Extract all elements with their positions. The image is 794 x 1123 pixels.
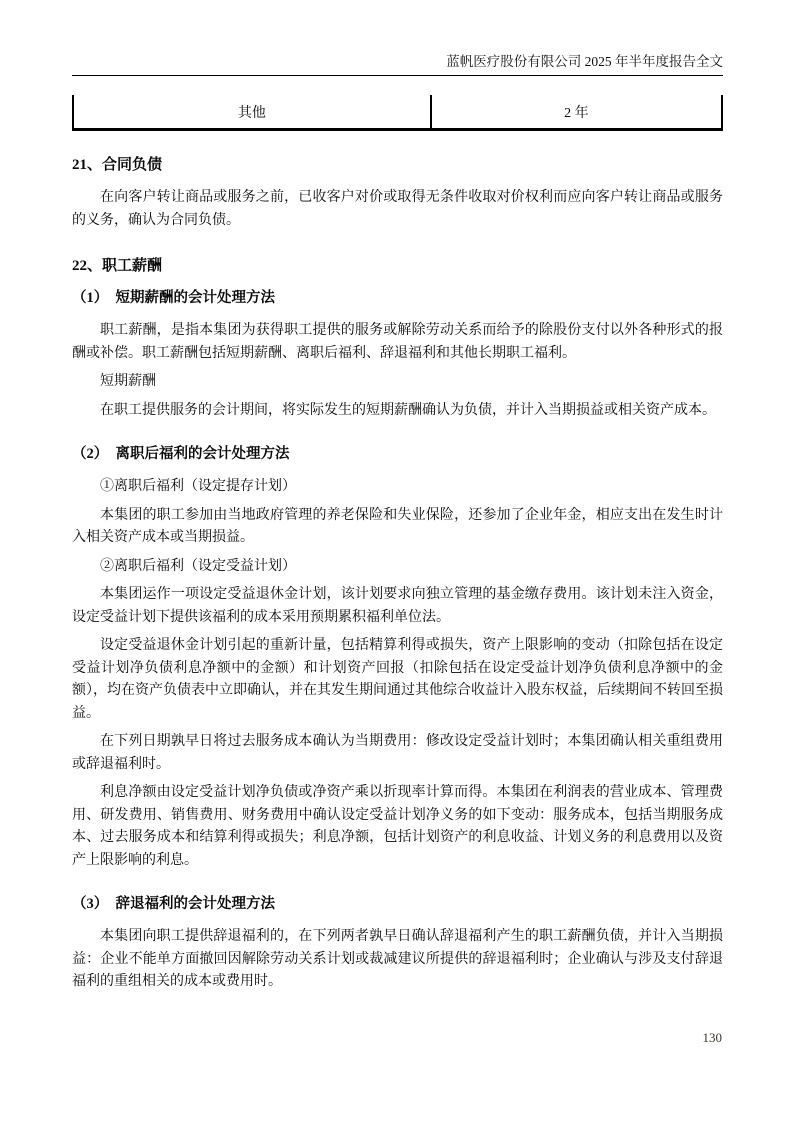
table-cell: 2 年 xyxy=(431,95,722,130)
paragraph: 设定受益退休金计划引起的重新计量，包括精算利得或损失，资产上限影响的变动（扣除包… xyxy=(72,635,723,725)
table-row: 其他2 年 xyxy=(73,95,722,130)
paragraph: 本集团运作一项设定受益退休金计划，该计划要求向独立管理的基金缴存费用。该计划未注… xyxy=(72,584,723,629)
section-heading: （2） 离职后福利的会计处理方法 xyxy=(72,444,723,464)
paragraph: 在职工提供服务的会计期间，将实际发生的短期薪酬确认为负债，并计入当期损益或相关资… xyxy=(72,400,723,423)
section-heading: 21、合同负债 xyxy=(72,155,723,175)
document-body: 21、合同负债在向客户转让商品或服务之前，已收客户对价或取得无条件收取对价权利而… xyxy=(0,131,794,994)
section-heading: （1） 短期薪酬的会计处理方法 xyxy=(72,288,723,308)
report-page: 蓝帆医疗股份有限公司 2025 年半年度报告全文 其他2 年 21、合同负债在向… xyxy=(0,0,794,1123)
page-number: 130 xyxy=(703,1029,723,1046)
page-header: 蓝帆医疗股份有限公司 2025 年半年度报告全文 xyxy=(0,0,794,70)
section-heading: 22、职工薪酬 xyxy=(72,256,723,276)
paragraph: 在向客户转让商品或服务之前，已收客户对价或取得无条件收取对价权利而应向客户转让商… xyxy=(72,187,723,232)
section-heading: （3） 辞退福利的会计处理方法 xyxy=(72,894,723,914)
paragraph: ②离职后福利（设定受益计划） xyxy=(72,556,723,579)
paragraph: 在下列日期孰早日将过去服务成本确认为当期费用：修改设定受益计划时；本集团确认相关… xyxy=(72,731,723,776)
paragraph: 本集团向职工提供辞退福利的，在下列两者孰早日确认辞退福利产生的职工薪酬负债，并计… xyxy=(72,926,723,994)
paragraph: 职工薪酬，是指本集团为获得职工提供的服务或解除劳动关系而给予的除股份支付以外各种… xyxy=(72,320,723,365)
paragraph: ①离职后福利（设定提存计划） xyxy=(72,476,723,499)
paragraph: 本集团的职工参加由当地政府管理的养老保险和失业保险，还参加了企业年金，相应支出在… xyxy=(72,505,723,550)
table-cell: 其他 xyxy=(73,95,431,130)
header-rule xyxy=(72,75,723,76)
continued-table-body: 其他2 年 xyxy=(73,95,722,130)
header-title: 蓝帆医疗股份有限公司 2025 年半年度报告全文 xyxy=(446,54,723,69)
continued-table: 其他2 年 xyxy=(72,95,723,131)
paragraph: 短期薪酬 xyxy=(72,371,723,394)
paragraph: 利息净额由设定受益计划净负债或净资产乘以折现率计算而得。本集团在利润表的营业成本… xyxy=(72,782,723,872)
